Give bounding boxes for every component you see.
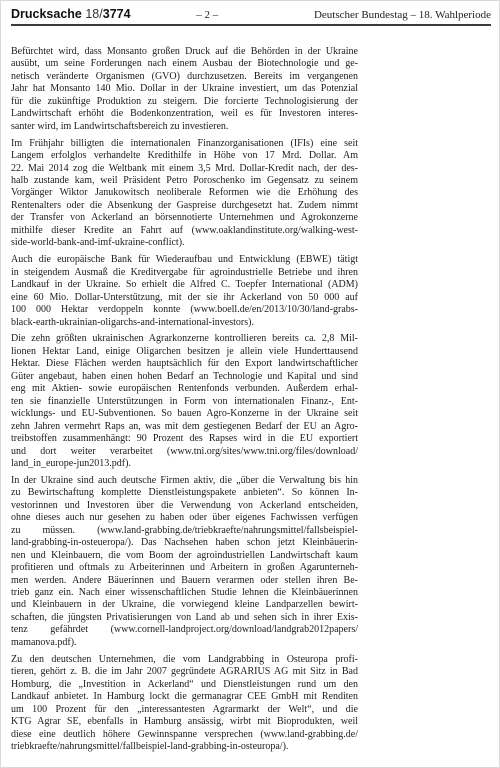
text-line: Befürchtet wird, dass Monsanto großen Dr… xyxy=(11,46,358,58)
text-line: Langem erfolglos verhandelte Kredithilfe… xyxy=(11,150,358,162)
text-line: triebkraefte/nahrungsmittel/fallbeispiel… xyxy=(11,741,358,753)
page-number: – 2 – xyxy=(131,9,314,21)
text-line: Landkauf in der Ukraine. So erhielt die … xyxy=(11,279,358,291)
paragraph: Zu den deutschen Unternehmen, die vom La… xyxy=(11,654,358,754)
text-line: mithilfe dieser Kredite an Fahrt auf (ww… xyxy=(11,225,358,237)
header-right-title: Deutscher Bundestag – 18. Wahlperiode xyxy=(314,9,491,21)
paragraph: Die zehn größten ukrainischen Agrarkonze… xyxy=(11,333,358,470)
text-line: Rentenalters oder die Absenkung der Gasp… xyxy=(11,200,358,212)
doc-label: Drucksache xyxy=(11,7,82,21)
text-line: wicklungs- und EU-Subventionen. So bauen… xyxy=(11,408,358,420)
text-line: ten sie finanzielle Unterstützungen in F… xyxy=(11,396,358,408)
text-line: eine 60 Mio. Dollar-Unterstützung, mit d… xyxy=(11,292,358,304)
text-line: lionen Hektar Land, einige Oligarchen be… xyxy=(11,346,358,358)
text-line: eng mit Aktien- sowie europäischen Rente… xyxy=(11,383,358,395)
text-line: tieren, gehört z. B. die im Jahr 2007 ge… xyxy=(11,666,358,678)
text-line: Auch die europäische Bank für Wiederaufb… xyxy=(11,254,358,266)
document-page: Drucksache 18/3774 – 2 – Deutscher Bunde… xyxy=(0,0,500,768)
text-line: profitieren und oftmals zu Arbeiterinnen… xyxy=(11,562,358,574)
text-line: Zu den deutschen Unternehmen, die vom La… xyxy=(11,654,358,666)
text-line: der Transfer von Ackerland an börsennoti… xyxy=(11,212,358,224)
paragraph: Befürchtet wird, dass Monsanto großen Dr… xyxy=(11,46,358,133)
page-header: Drucksache 18/3774 – 2 – Deutscher Bunde… xyxy=(11,7,491,21)
text-line: zu müssen. (www.land-grabbing.de/triebkr… xyxy=(11,525,358,537)
header-rule xyxy=(11,24,491,26)
text-line: Jahr hat Monsanto 140 Mio. Dollar in der… xyxy=(11,83,358,95)
paragraph: In der Ukraine sind auch deutsche Firmen… xyxy=(11,475,358,649)
text-line: ausübt, um seine Forderungen nach einem … xyxy=(11,58,358,70)
text-line: zu Bewirtschaftung komplette Dienstleist… xyxy=(11,487,358,499)
text-line: zehn Jahren vermehrt Raps an, was mit de… xyxy=(11,421,358,433)
text-line: um 100 Prozent für den „interessantesten… xyxy=(11,704,358,716)
text-line: 100 000 Hektar verdoppeln konnte (www.bo… xyxy=(11,304,358,316)
text-line: trieb ganz ein. Nach einer wissenschaftl… xyxy=(11,587,358,599)
text-line: 22. Mai 2014 zog die Weltbank mit einem … xyxy=(11,163,358,175)
text-line: in steigendem Ausmaß die Kreditvergabe f… xyxy=(11,267,358,279)
text-line: land-grabbing-in-osteueropa/). Das Nachs… xyxy=(11,537,358,549)
text-line: men werden. Andere Bäuerinnen und Bauern… xyxy=(11,575,358,587)
text-line: diese eine deutlich höhere Gewinnspanne … xyxy=(11,729,358,741)
text-line: Landkauf anbietet. In Hamburg lockt die … xyxy=(11,691,358,703)
doc-number-prefix: 18/ xyxy=(85,7,102,21)
paragraph: Auch die europäische Bank für Wiederaufb… xyxy=(11,254,358,329)
text-line: side-world-bank-and-imf-ukraine-conflict… xyxy=(11,237,358,249)
text-line: black-earth-ukrainian-oligarchs-and-inte… xyxy=(11,317,358,329)
text-line: netisch veränderte Organismen (GVO) durc… xyxy=(11,71,358,83)
text-line: tenz gefährdet (www.cornell-landproject.… xyxy=(11,624,358,636)
text-line: mamanova.pdf). xyxy=(11,637,358,649)
text-line: und dort weiter verarbeitet (www.tni.org… xyxy=(11,446,358,458)
text-line: In der Ukraine sind auch deutsche Firmen… xyxy=(11,475,358,487)
doc-number: Drucksache 18/3774 xyxy=(11,7,131,21)
text-line: Güter angebaut, haben einen hohen Bedarf… xyxy=(11,371,358,383)
text-line: halb zustande kam, weil Präsident Petro … xyxy=(11,175,358,187)
text-line: nen und Kleinbauern, die vom Boom der ag… xyxy=(11,550,358,562)
text-line: Hektar. Diese Flächen werden hauptsächli… xyxy=(11,358,358,370)
text-line: land_in_europe-jun2013.pdf). xyxy=(11,458,358,470)
doc-number-bold: 3774 xyxy=(103,7,131,21)
text-line: Im Frühjahr billigten die internationale… xyxy=(11,138,358,150)
text-line: treibstoffen zusammenhängt: 90 Prozent d… xyxy=(11,433,358,445)
text-line: für die zukünftige Produktion zu steiger… xyxy=(11,96,358,108)
document-body: Befürchtet wird, dass Monsanto großen Dr… xyxy=(11,46,358,753)
text-line: schaften, die jüngsten Privatisierungen … xyxy=(11,612,358,624)
text-line: Landwirtschaft erhöht die Bodenkonzentra… xyxy=(11,108,358,120)
paragraph: Im Frühjahr billigten die internationale… xyxy=(11,138,358,250)
text-line: ohne dieses auch nur gesehen zu haben od… xyxy=(11,512,358,524)
text-line: Homburg, die „Investition in Ackerland“ … xyxy=(11,679,358,691)
text-line: santer wird, im Landwirtschaftsbereich z… xyxy=(11,121,358,133)
text-line: und Kleinbauern in der Ukraine, die vorw… xyxy=(11,599,358,611)
text-line: Vorgänger Wiktor Janukowitsch neoliberal… xyxy=(11,187,358,199)
text-line: Die zehn größten ukrainischen Agrarkonze… xyxy=(11,333,358,345)
text-line: KTG Agrar SE, ebenfalls in Hamburg ansäs… xyxy=(11,716,358,728)
text-line: vestorinnen und Investoren über die Verw… xyxy=(11,500,358,512)
